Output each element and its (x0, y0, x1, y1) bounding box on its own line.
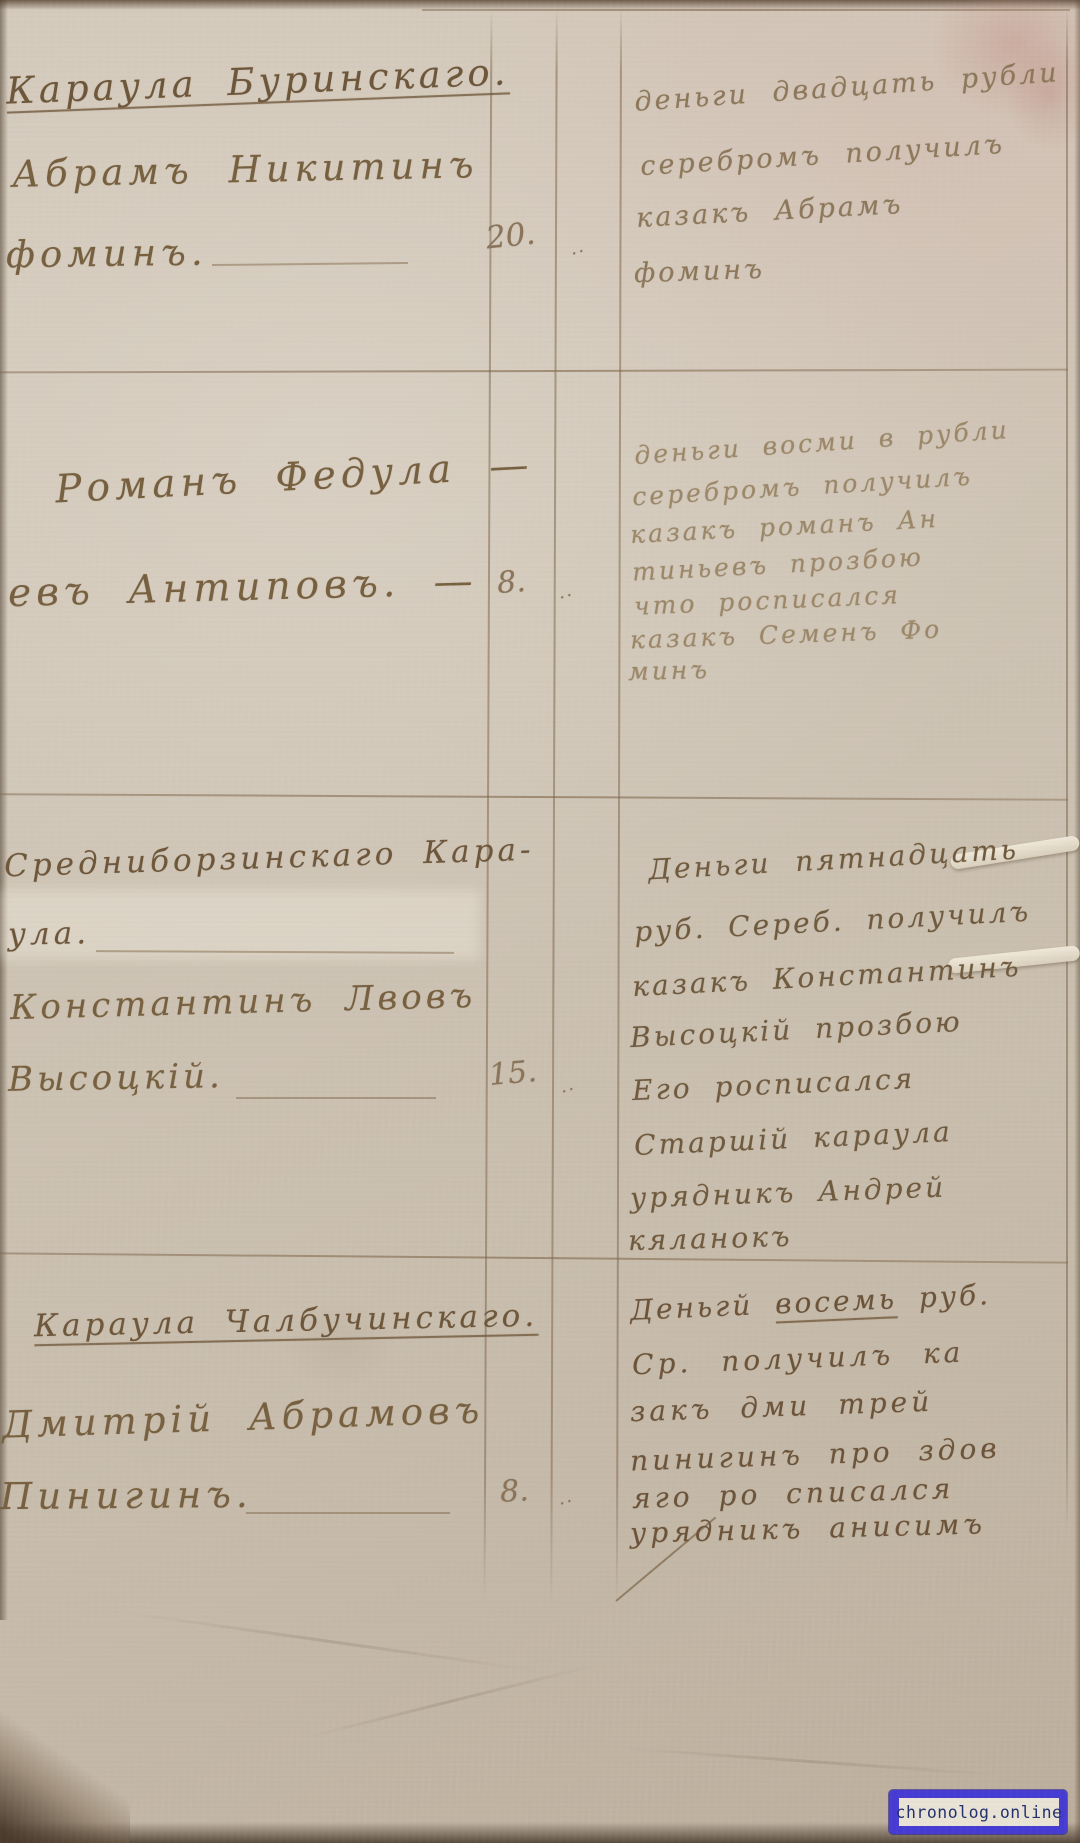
row-divider-1 (0, 369, 1068, 373)
row3-note-line: Старшій караула (633, 1115, 953, 1162)
row3-note-line: Деньги пятнадцать (647, 833, 1019, 887)
row3-karaul-heading: Средниборзинскаго Кара- (4, 832, 535, 885)
curled-corner-bottom-left (0, 1655, 130, 1843)
row3-note-line: урядникъ Андрей (630, 1170, 947, 1214)
row4-note-line: закъ дми трей (630, 1385, 934, 1429)
row1-note-line: деньги двадцать рубли (633, 57, 1060, 118)
row3-note-line: Его росписался (631, 1062, 915, 1107)
row4-note-line: Ср. получилъ ка (631, 1336, 964, 1382)
row3-karaul-heading-line2: ула. (8, 915, 91, 952)
row4-kopecks-ditto: .. (555, 1486, 575, 1510)
row4-note-pre: Деньгй (629, 1288, 775, 1327)
row2-note-line: что росписался (633, 580, 901, 621)
row2-note-line: тиньевъ прозбою (631, 542, 924, 586)
ruled-dash (236, 1097, 436, 1099)
row-divider-3 (0, 1252, 1068, 1263)
row3-name-line: Высоцкій. (8, 1056, 224, 1100)
row1-note-line: фоминъ (633, 254, 765, 290)
row2-rubles-value: 8. (496, 564, 527, 601)
row3-name-line: Константинъ Лвовъ (10, 976, 477, 1028)
table-top-rule (422, 9, 1070, 11)
wrinkle-line (304, 1664, 596, 1739)
row4-note-post: руб. (896, 1278, 991, 1315)
ruled-dash (212, 262, 408, 266)
row-divider-2 (0, 793, 1068, 800)
column-rule-2 (550, 8, 558, 1603)
right-border-rule (1066, 4, 1068, 1534)
row3-note-line: Высоцкій прозбою (629, 1005, 963, 1054)
row1-note-line: серебромъ получилъ (639, 129, 1005, 182)
row4-karaul-heading: Караула Чалбучинскаго. (34, 1298, 539, 1345)
row4-note-line: пинигинъ про здов (630, 1432, 1002, 1478)
red-stain-top-right-2 (1005, 40, 1080, 150)
page-right-edge (1074, 0, 1080, 1843)
row3-note-line: руб. Сереб. получилъ (633, 895, 1032, 949)
row1-kopecks-ditto: .. (567, 236, 587, 260)
watermark-text: chronolog.online (896, 1803, 1063, 1822)
wrinkle-line (620, 1747, 999, 1777)
row1-name-line: Абрамъ Никитинъ (12, 143, 479, 196)
row3-kopecks-ditto: .. (557, 1074, 577, 1098)
row4-rubles-value: 8. (499, 1473, 529, 1509)
row4-note-amount-underlined: восемь (774, 1282, 897, 1320)
row2-note-line: казакъ романъ Ан (629, 504, 939, 549)
row2-note-line: минъ (628, 655, 711, 686)
row4-note-line: Деньгй восемь руб. (629, 1278, 991, 1327)
column-rule-3 (616, 8, 622, 1603)
row1-rubles-value: 20. (484, 216, 537, 257)
row2-kopecks-ditto: .. (555, 580, 575, 604)
row2-name-line: евъ Антиповъ. — (7, 559, 478, 616)
row2-note-line: казакъ Семенъ Фо (630, 615, 943, 655)
row1-note-line: казакъ Абрамъ (635, 189, 904, 234)
row3-note-line: кяланокъ (628, 1220, 793, 1257)
manuscript-page: Караула Буринскаго. Абрамъ Никитинъ фоми… (0, 0, 1080, 1843)
wrinkle-line (122, 1611, 538, 1672)
ruled-dash (246, 1512, 450, 1514)
row1-karaul-heading: Караула Буринскаго. (5, 50, 510, 112)
row3-rubles-value: 15. (488, 1054, 539, 1093)
row2-name-line: Романъ Федула — (54, 443, 534, 513)
watermark-panel: chronolog.online (899, 1798, 1059, 1826)
row4-name-line: Дмитрій Абрамовъ (1, 1388, 484, 1446)
watermark-badge: chronolog.online (889, 1790, 1067, 1834)
row4-name-line: Пинигинъ. (0, 1473, 253, 1518)
row3-note-line: казакъ Константинъ (631, 950, 1022, 1003)
row1-name-line: фоминъ. (6, 231, 208, 277)
